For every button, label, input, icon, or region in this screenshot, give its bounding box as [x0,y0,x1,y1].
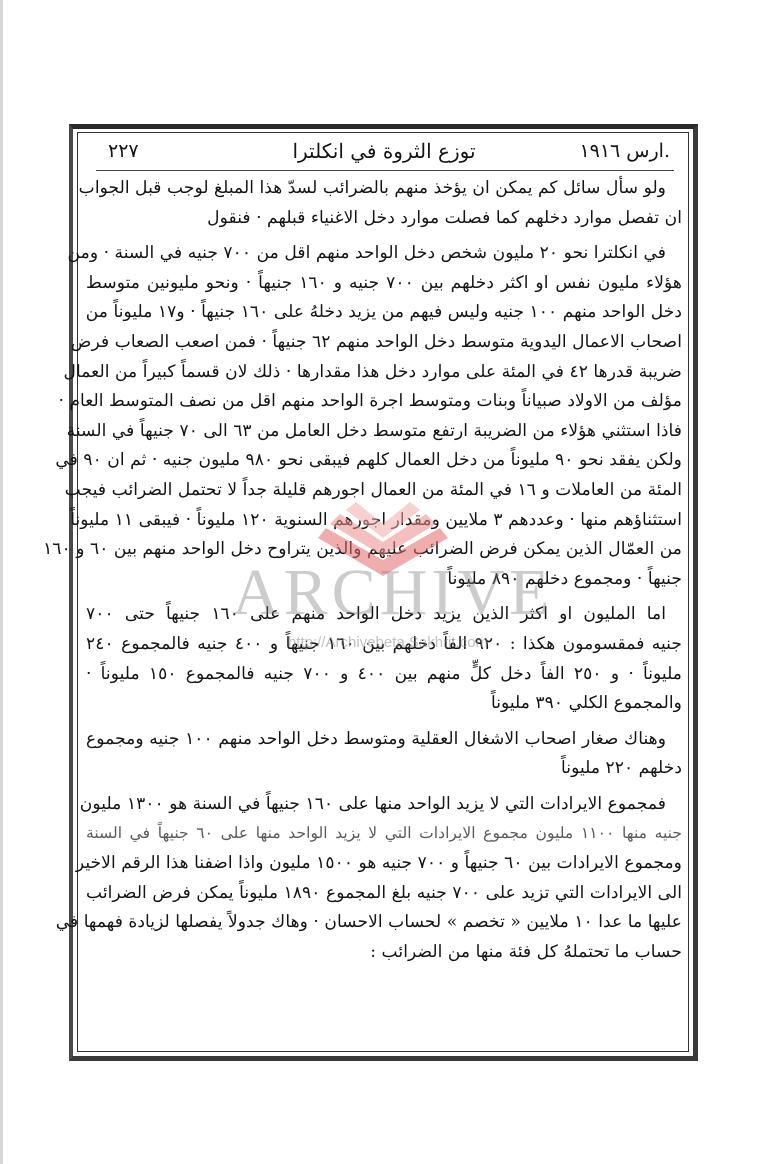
text-line: في انكلترا نحو ٢٠ مليون شخص دخل الواحد م… [86,239,682,269]
header-title: توزع الثروة في انكلترا [86,139,682,163]
text-line: ولكن يفقد نحو ٩٠ مليوناً من دخل العمال ك… [86,446,682,476]
text-line: وهناك صغار اصحاب الاشغال العقلية ومتوسط … [86,725,682,755]
text-line: جنيه منها ١١٠٠ مليون مجموع الايرادات الت… [86,819,682,849]
text-line: حساب ما تحتملهُ كل فئة منها من الضرائب : [86,938,682,968]
text-line: فاذا استثني هؤلاء من الضريبة ارتفع متوسط… [86,417,682,447]
text-line: اصحاب الاعمال اليدوية متوسط دخل الواحد م… [86,328,682,358]
paragraph: وهناك صغار اصحاب الاشغال العقلية ومتوسط … [86,725,682,784]
text-line: والمجموع الكلي ٣٩٠ مليوناً [86,689,682,719]
text-line: هؤلاء مليون نفس او اكثر دخلهم بين ٧٠٠ جن… [86,269,682,299]
paragraph: ولو سأل سائل كم يمكن ان يؤخذ منهم بالضرا… [86,174,682,233]
text-line: مؤلف من الاولاد صبياناً وبنات ومتوسط اجر… [86,387,682,417]
text-line: الى الايرادات التي تزيد على ٧٠٠ جنيه بلغ… [86,879,682,909]
text-line: ان تفصل موارد دخلهم كما فصلت موارد دخل ا… [86,204,682,234]
running-header: .ارس ١٩١٦ توزع الثروة في انكلترا ٢٢٧ [86,138,682,168]
text-line: مليوناً · و ٢٥٠ الفاً دخل كلٍّ منهم بين … [86,660,682,690]
text-line: فمجموع الايرادات التي لا يزيد الواحد منه… [86,790,682,820]
text-line: ضريبة قدرها ٤٢ في المئة على موارد دخل هذ… [86,358,682,388]
watermark-url: http://Archivebeta.Sakhrit.com [248,634,528,651]
text-line: عليها ما عدا ١٠ ملايين « تخصم » لحساب ال… [86,908,682,938]
scan-edge [0,0,3,1164]
text-line: ومجموع الايرادات بين ٦٠ جنيهاً و ٧٠٠ جني… [86,849,682,879]
header-divider [96,170,674,171]
text-line: ولو سأل سائل كم يمكن ان يؤخذ منهم بالضرا… [86,174,682,204]
text-line: دخلهم ٢٢٠ مليوناً [86,754,682,784]
watermark-text: ARCHIVE [232,560,552,626]
paragraph: فمجموع الايرادات التي لا يزيد الواحد منه… [86,790,682,968]
text-line: دخل الواحد منهم ١٠٠ جنيه وليس فيهم من يز… [86,298,682,328]
page-number: ٢٢٧ [108,140,139,162]
